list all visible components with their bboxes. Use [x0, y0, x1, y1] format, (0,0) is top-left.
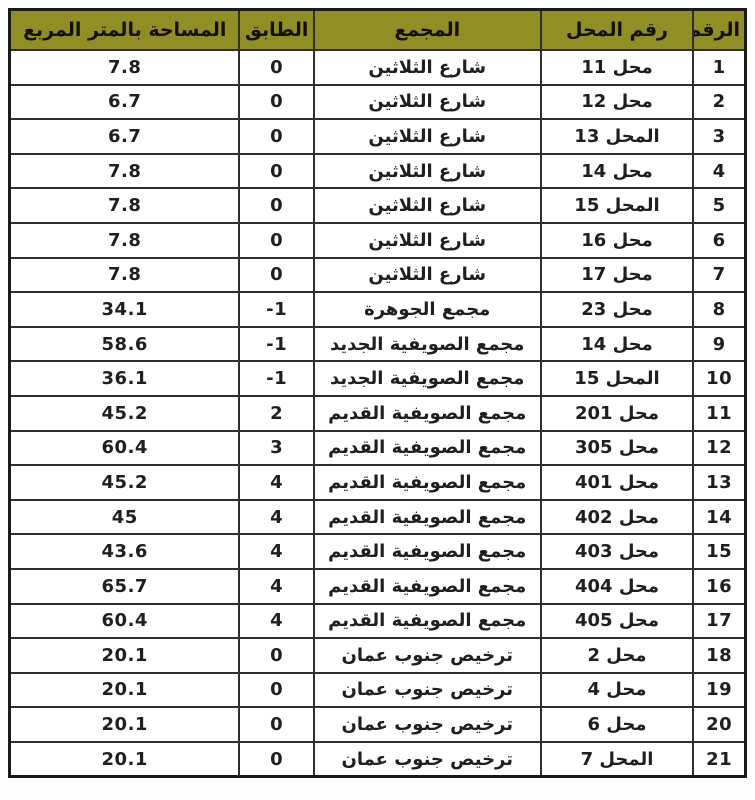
cell-complex: مجمع الصويفية الجديد	[314, 361, 541, 396]
cell-shop: المحل 7	[541, 742, 694, 777]
cell-floor: 3	[239, 431, 313, 466]
cell-num: 6	[693, 223, 745, 258]
cell-area: 7.8	[10, 154, 240, 189]
header-row: الرقم رقم المحل المجمع الطابق المساحة با…	[10, 10, 746, 51]
cell-floor: 0	[239, 154, 313, 189]
cell-shop: محل 402	[541, 500, 694, 535]
header-complex: المجمع	[314, 10, 541, 51]
cell-floor: 0	[239, 119, 313, 154]
cell-floor: 4	[239, 569, 313, 604]
cell-area: 45.2	[10, 396, 240, 431]
table-row: 19محل 4ترخيص جنوب عمان020.1	[10, 673, 746, 708]
cell-area: 7.8	[10, 223, 240, 258]
cell-complex: مجمع الصويفية القديم	[314, 500, 541, 535]
cell-complex: ترخيص جنوب عمان	[314, 673, 541, 708]
cell-area: 60.4	[10, 604, 240, 639]
cell-floor: 0	[239, 85, 313, 120]
cell-floor: -1	[239, 361, 313, 396]
cell-area: 60.4	[10, 431, 240, 466]
cell-complex: شارع الثلاثين	[314, 119, 541, 154]
cell-complex: شارع الثلاثين	[314, 154, 541, 189]
cell-num: 21	[693, 742, 745, 777]
cell-shop: محل 305	[541, 431, 694, 466]
table-row: 7محل 17شارع الثلاثين07.8	[10, 258, 746, 293]
cell-area: 34.1	[10, 292, 240, 327]
cell-num: 8	[693, 292, 745, 327]
cell-shop: محل 404	[541, 569, 694, 604]
cell-area: 36.1	[10, 361, 240, 396]
cell-num: 1	[693, 50, 745, 85]
table-header: الرقم رقم المحل المجمع الطابق المساحة با…	[10, 10, 746, 51]
cell-area: 45.2	[10, 465, 240, 500]
cell-shop: محل 403	[541, 534, 694, 569]
cell-area: 6.7	[10, 119, 240, 154]
cell-area: 43.6	[10, 534, 240, 569]
table-row: 1محل 11شارع الثلاثين07.8	[10, 50, 746, 85]
table-row: 2محل 12شارع الثلاثين06.7	[10, 85, 746, 120]
cell-area: 20.1	[10, 638, 240, 673]
table-row: 8محل 23مجمع الجوهرة-134.1	[10, 292, 746, 327]
table-row: 5المحل 15شارع الثلاثين07.8	[10, 188, 746, 223]
cell-shop: محل 14	[541, 327, 694, 362]
table-row: 4محل 14شارع الثلاثين07.8	[10, 154, 746, 189]
cell-area: 20.1	[10, 707, 240, 742]
cell-floor: 2	[239, 396, 313, 431]
cell-shop: محل 12	[541, 85, 694, 120]
cell-shop: محل 23	[541, 292, 694, 327]
cell-shop: محل 4	[541, 673, 694, 708]
cell-floor: 0	[239, 742, 313, 777]
cell-num: 19	[693, 673, 745, 708]
header-floor: الطابق	[239, 10, 313, 51]
cell-complex: شارع الثلاثين	[314, 50, 541, 85]
cell-floor: 0	[239, 707, 313, 742]
cell-floor: 4	[239, 500, 313, 535]
cell-floor: 0	[239, 223, 313, 258]
cell-num: 13	[693, 465, 745, 500]
cell-num: 5	[693, 188, 745, 223]
cell-shop: محل 17	[541, 258, 694, 293]
cell-shop: محل 2	[541, 638, 694, 673]
header-area: المساحة بالمتر المربع	[10, 10, 240, 51]
table-row: 6محل 16شارع الثلاثين07.8	[10, 223, 746, 258]
table-row: 20محل 6ترخيص جنوب عمان020.1	[10, 707, 746, 742]
cell-shop: المحل 13	[541, 119, 694, 154]
cell-complex: مجمع الجوهرة	[314, 292, 541, 327]
table-row: 15محل 403مجمع الصويفية القديم443.6	[10, 534, 746, 569]
cell-num: 16	[693, 569, 745, 604]
cell-complex: شارع الثلاثين	[314, 258, 541, 293]
cell-complex: شارع الثلاثين	[314, 223, 541, 258]
cell-floor: 0	[239, 188, 313, 223]
cell-complex: مجمع الصويفية الجديد	[314, 327, 541, 362]
cell-num: 17	[693, 604, 745, 639]
cell-floor: 4	[239, 465, 313, 500]
table-row: 21المحل 7ترخيص جنوب عمان020.1	[10, 742, 746, 777]
cell-shop: محل 16	[541, 223, 694, 258]
cell-complex: مجمع الصويفية القديم	[314, 431, 541, 466]
table-row: 11محل 201مجمع الصويفية القديم245.2	[10, 396, 746, 431]
cell-num: 12	[693, 431, 745, 466]
cell-num: 15	[693, 534, 745, 569]
cell-area: 58.6	[10, 327, 240, 362]
cell-floor: 0	[239, 258, 313, 293]
cell-complex: ترخيص جنوب عمان	[314, 707, 541, 742]
cell-num: 3	[693, 119, 745, 154]
cell-area: 7.8	[10, 50, 240, 85]
cell-floor: -1	[239, 327, 313, 362]
page: الرقم رقم المحل المجمع الطابق المساحة با…	[0, 0, 755, 800]
cell-num: 20	[693, 707, 745, 742]
cell-num: 4	[693, 154, 745, 189]
cell-floor: 0	[239, 673, 313, 708]
table-row: 17محل 405مجمع الصويفية القديم460.4	[10, 604, 746, 639]
cell-num: 9	[693, 327, 745, 362]
table-row: 10المحل 15مجمع الصويفية الجديد-136.1	[10, 361, 746, 396]
cell-complex: مجمع الصويفية القديم	[314, 465, 541, 500]
cell-num: 18	[693, 638, 745, 673]
cell-complex: ترخيص جنوب عمان	[314, 638, 541, 673]
cell-area: 6.7	[10, 85, 240, 120]
cell-floor: 0	[239, 638, 313, 673]
cell-complex: مجمع الصويفية القديم	[314, 396, 541, 431]
cell-complex: مجمع الصويفية القديم	[314, 569, 541, 604]
cell-num: 7	[693, 258, 745, 293]
cell-num: 2	[693, 85, 745, 120]
table-row: 3المحل 13شارع الثلاثين06.7	[10, 119, 746, 154]
cell-num: 10	[693, 361, 745, 396]
cell-area: 65.7	[10, 569, 240, 604]
cell-shop: المحل 15	[541, 188, 694, 223]
cell-shop: محل 201	[541, 396, 694, 431]
header-number: الرقم	[693, 10, 745, 51]
cell-complex: مجمع الصويفية القديم	[314, 534, 541, 569]
cell-complex: شارع الثلاثين	[314, 85, 541, 120]
cell-floor: 0	[239, 50, 313, 85]
cell-floor: -1	[239, 292, 313, 327]
table-row: 13محل 401مجمع الصويفية القديم445.2	[10, 465, 746, 500]
cell-area: 7.8	[10, 258, 240, 293]
cell-shop: محل 14	[541, 154, 694, 189]
cell-num: 14	[693, 500, 745, 535]
cell-complex: ترخيص جنوب عمان	[314, 742, 541, 777]
header-shop: رقم المحل	[541, 10, 694, 51]
cell-area: 45	[10, 500, 240, 535]
cell-floor: 4	[239, 604, 313, 639]
cell-area: 7.8	[10, 188, 240, 223]
cell-complex: مجمع الصويفية القديم	[314, 604, 541, 639]
table-row: 18محل 2ترخيص جنوب عمان020.1	[10, 638, 746, 673]
cell-complex: شارع الثلاثين	[314, 188, 541, 223]
cell-shop: محل 401	[541, 465, 694, 500]
table-row: 16محل 404مجمع الصويفية القديم465.7	[10, 569, 746, 604]
cell-area: 20.1	[10, 673, 240, 708]
cell-shop: المحل 15	[541, 361, 694, 396]
cell-shop: محل 405	[541, 604, 694, 639]
cell-num: 11	[693, 396, 745, 431]
table-row: 12محل 305مجمع الصويفية القديم360.4	[10, 431, 746, 466]
shops-area-table: الرقم رقم المحل المجمع الطابق المساحة با…	[8, 8, 747, 778]
cell-area: 20.1	[10, 742, 240, 777]
cell-shop: محل 11	[541, 50, 694, 85]
table-row: 14محل 402مجمع الصويفية القديم445	[10, 500, 746, 535]
cell-floor: 4	[239, 534, 313, 569]
table-body: 1محل 11شارع الثلاثين07.82محل 12شارع الثل…	[10, 50, 746, 777]
table-row: 9محل 14مجمع الصويفية الجديد-158.6	[10, 327, 746, 362]
cell-shop: محل 6	[541, 707, 694, 742]
